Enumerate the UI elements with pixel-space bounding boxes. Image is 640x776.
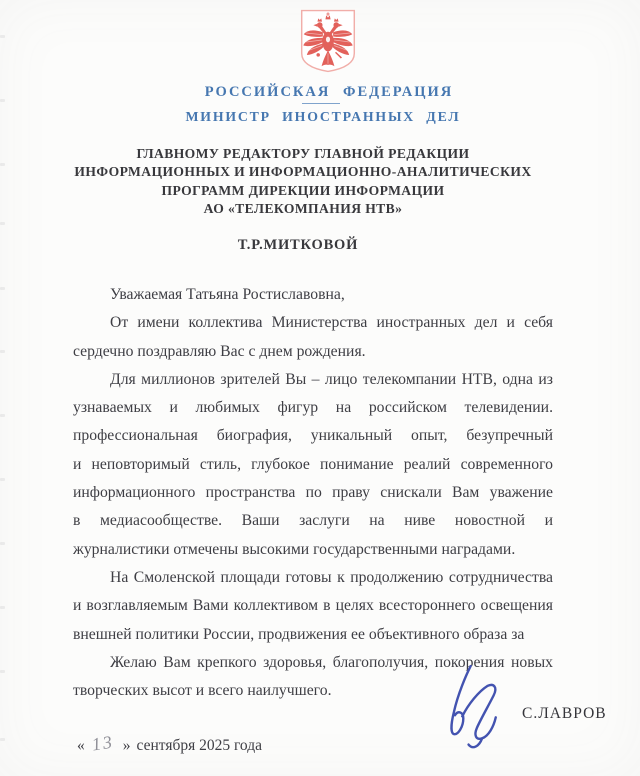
body-line: внешней политики России, продвижения ее … [73, 621, 553, 649]
scan-artifact [0, 414, 5, 417]
scan-artifact [0, 670, 5, 673]
scan-artifact [0, 542, 5, 545]
addressee-name: Т.Р.МИТКОВОЙ [18, 237, 578, 254]
letterhead-minister-title: МИНИСТР ИНОСТРАННЫХ ДЕЛ [3, 109, 640, 125]
russia-coat-of-arms-icon [298, 8, 358, 74]
recipient-line: ПРОГРАММ ДИРЕКЦИИ ИНФОРМАЦИИ [23, 182, 583, 200]
scan-artifact [0, 478, 5, 481]
scan-artifact [0, 99, 5, 102]
signature-name: С.ЛАВРОВ [522, 704, 607, 724]
letter-body: Уважаемая Татьяна Ростиславовна, От имен… [73, 281, 553, 705]
body-line: и возглавляемым Вами коллективом в целях… [73, 592, 553, 620]
body-line: сердечно поздравляю Вас с днем рождения. [73, 338, 553, 366]
scan-artifact [0, 606, 5, 609]
scan-artifact [0, 738, 5, 741]
body-line: От имени коллектива Министерства иностра… [73, 309, 553, 337]
scan-artifact [0, 287, 5, 290]
body-line: информационного пространства по праву сн… [73, 479, 553, 507]
body-line: Уважаемая Татьяна Ростиславовна, [73, 281, 553, 309]
handwritten-day: 13 [90, 730, 115, 755]
body-line: Для миллионов зрителей Вы – лицо телеком… [73, 366, 553, 394]
letterhead-country: РОССИЙСКАЯ ФЕДЕРАЦИЯ [9, 84, 640, 101]
recipient-line: ГЛАВНОМУ РЕДАКТОРУ ГЛАВНОЙ РЕДАКЦИИ [23, 145, 583, 163]
body-line: и неповторимый стиль, глубокое понимание… [73, 451, 553, 479]
date-line: «13»сентября 2025 года [77, 733, 262, 757]
scan-artifact [0, 163, 5, 166]
body-line: На Смоленской площади готовы к продолжен… [73, 564, 553, 592]
quote-open: « [77, 737, 85, 754]
letterhead-divider [302, 103, 340, 104]
scan-artifact [0, 35, 5, 38]
recipient-line: ИНФОРМАЦИОННЫХ И ИНФОРМАЦИОННО-АНАЛИТИЧЕ… [23, 163, 583, 181]
scan-artifact [0, 350, 5, 353]
letter-page: РОССИЙСКАЯ ФЕДЕРАЦИЯ МИНИСТР ИНОСТРАННЫХ… [0, 0, 640, 776]
recipient-line: АО «ТЕЛЕКОМПАНИЯ НТВ» [23, 200, 583, 218]
quote-close: » [123, 737, 131, 754]
body-line: узнаваемых и любимых фигур на российском… [73, 394, 553, 422]
body-line: в медиасообществе. Ваши заслуги на ниве … [73, 507, 553, 535]
recipient-block: ГЛАВНОМУ РЕДАКТОРУ ГЛАВНОЙ РЕДАКЦИИ ИНФО… [23, 145, 583, 219]
body-line: журналистики отмечены высокими государст… [73, 536, 553, 564]
scan-artifact [0, 222, 5, 225]
lavrov-signature-scribble [438, 664, 520, 754]
date-text: сентября 2025 года [137, 737, 263, 754]
body-line: профессиональная биография, уникальный о… [73, 422, 553, 450]
